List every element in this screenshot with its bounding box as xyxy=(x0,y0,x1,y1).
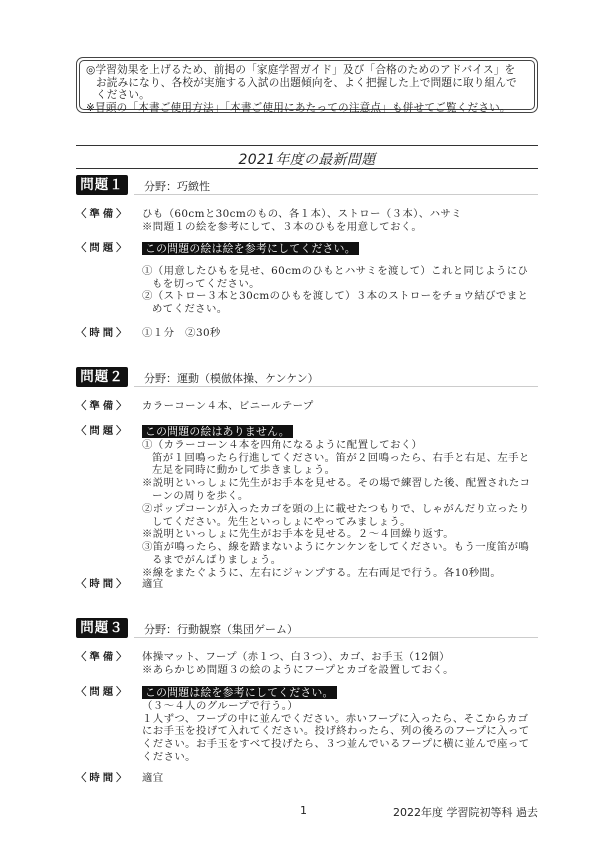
page-number: 1 xyxy=(300,804,307,817)
prep-label: 〈準備〉 xyxy=(76,651,136,664)
page-title: 2021年度の最新問題 xyxy=(76,149,538,169)
title-bottom-rule xyxy=(76,168,538,169)
prep-line: ※あらかじめ問題３の絵のようにフープとカゴを設置しておく。 xyxy=(142,664,538,677)
notice-line: お読みになり、各校が実施する入試の出題傾向を、よく把握した上で問題に取り組んで xyxy=(86,77,528,90)
prep-line: 体操マット、フープ（赤１つ、白３つ）、カゴ、お手玉（12個） xyxy=(142,651,538,664)
question-field: 分野：運動（模倣体操、ケンケン） xyxy=(144,370,319,386)
time-label: 〈時間〉 xyxy=(76,327,136,340)
question-line: ②ポップコーンが入ったカゴを頭の上に載せたつもりで、しゃがんだり立ったりしてくだ… xyxy=(142,503,538,529)
question-line: ①（カラーコーン４本を四角になるように配置しておく） xyxy=(142,439,538,452)
question-body: この問題の絵はありません。 ①（カラーコーン４本を四角になるように配置しておく）… xyxy=(142,425,538,580)
question-line: ※説明といっしょに先生がお手本を見せる。その場で練習した後、配置されたコーンの周… xyxy=(142,477,538,503)
notice-line: ◎学習効果を上げるため、前掲の「家庭学習ガイド」及び「合格のためのアドバイス」を xyxy=(86,64,528,77)
title-top-rule xyxy=(76,145,538,146)
time-label: 〈時間〉 xyxy=(76,772,136,785)
footer-caption: 2022年度 学習院初等科 過去 xyxy=(393,804,538,820)
highlight-note: この問題の絵は絵を参考にしてください。 xyxy=(142,242,359,255)
prep-body: ひも（60cmと30cmのもの、各１本）、ストロー（３本）、ハサミ ※問題１の絵… xyxy=(142,208,538,234)
question-line: ②（ストロー３本と30cmのひもを渡して）３本のストローをチョウ結びでまとめてく… xyxy=(142,290,538,316)
question-2-header: 問題２ 分野：運動（模倣体操、ケンケン） xyxy=(76,367,538,387)
question-line: ③笛が鳴ったら、線を踏まないようにケンケンをしてください。もう一度笛が鳴るまでが… xyxy=(142,541,538,567)
prep-body: カラーコーン４本、ビニールテープ xyxy=(142,400,538,413)
question-label: 〈問題〉 xyxy=(76,425,136,438)
question-1-header: 問題１ 分野：巧緻性 xyxy=(76,175,538,195)
prep-line: ※問題１の絵を参考にして、３本のひもを用意しておく。 xyxy=(142,221,538,234)
question-3-header: 問題３ 分野：行動観察（集団ゲーム） xyxy=(76,618,538,638)
time-value: ①１分 ②30秒 xyxy=(142,327,538,340)
question-badge: 問題２ xyxy=(76,367,128,387)
notice-line: ください。 xyxy=(86,89,528,102)
prep-label: 〈準備〉 xyxy=(76,208,136,221)
question-label: 〈問題〉 xyxy=(76,686,136,699)
prep-body: 体操マット、フープ（赤１つ、白３つ）、カゴ、お手玉（12個） ※あらかじめ問題３… xyxy=(142,651,538,677)
notice-line: ※冒頭の「本書ご使用方法」「本書ご使用にあたっての注意点」も併せてご覧ください。 xyxy=(86,102,528,115)
question-line: 笛が１回鳴ったら行進してください。笛が２回鳴ったら、右手と右足、左手と左足を同時… xyxy=(142,452,538,478)
header-rule xyxy=(134,386,538,387)
question-badge: 問題３ xyxy=(76,618,128,638)
time-value: 適宜 xyxy=(142,772,538,785)
time-label: 〈時間〉 xyxy=(76,578,136,591)
header-rule xyxy=(134,194,538,195)
highlight-note: この問題の絵はありません。 xyxy=(142,425,293,438)
prep-line: カラーコーン４本、ビニールテープ xyxy=(142,400,538,413)
question-body: この問題は絵を参考にしてください。 （３～４人のグループで行う。） １人ずつ、フ… xyxy=(142,686,538,764)
prep-line: ひも（60cmと30cmのもの、各１本）、ストロー（３本）、ハサミ xyxy=(142,208,538,221)
header-rule xyxy=(134,637,538,638)
question-line: ①（用意したひもを見せ、60cmのひもとハサミを渡して）これと同じようにひもを切… xyxy=(142,265,538,291)
notice-text: ◎学習効果を上げるため、前掲の「家庭学習ガイド」及び「合格のためのアドバイス」を… xyxy=(79,60,535,110)
question-line: ※説明といっしょに先生がお手本を見せる。２～４回繰り返す。 xyxy=(142,528,538,541)
prep-label: 〈準備〉 xyxy=(76,400,136,413)
question-body: この問題の絵は絵を参考にしてください。 ①（用意したひもを見せ、60cmのひもと… xyxy=(142,242,538,316)
question-line: １人ずつ、フープの中に並んでください。赤いフープに入ったら、そこからカゴにお手玉… xyxy=(142,713,538,764)
notice-box: ◎学習効果を上げるため、前掲の「家庭学習ガイド」及び「合格のためのアドバイス」を… xyxy=(76,57,538,113)
question-line: （３～４人のグループで行う。） xyxy=(142,700,538,713)
question-field: 分野：巧緻性 xyxy=(144,178,210,194)
question-label: 〈問題〉 xyxy=(76,242,136,255)
highlight-note: この問題は絵を参考にしてください。 xyxy=(142,686,337,699)
question-badge: 問題１ xyxy=(76,175,128,195)
question-field: 分野：行動観察（集団ゲーム） xyxy=(144,621,298,637)
time-value: 適宜 xyxy=(142,578,538,591)
